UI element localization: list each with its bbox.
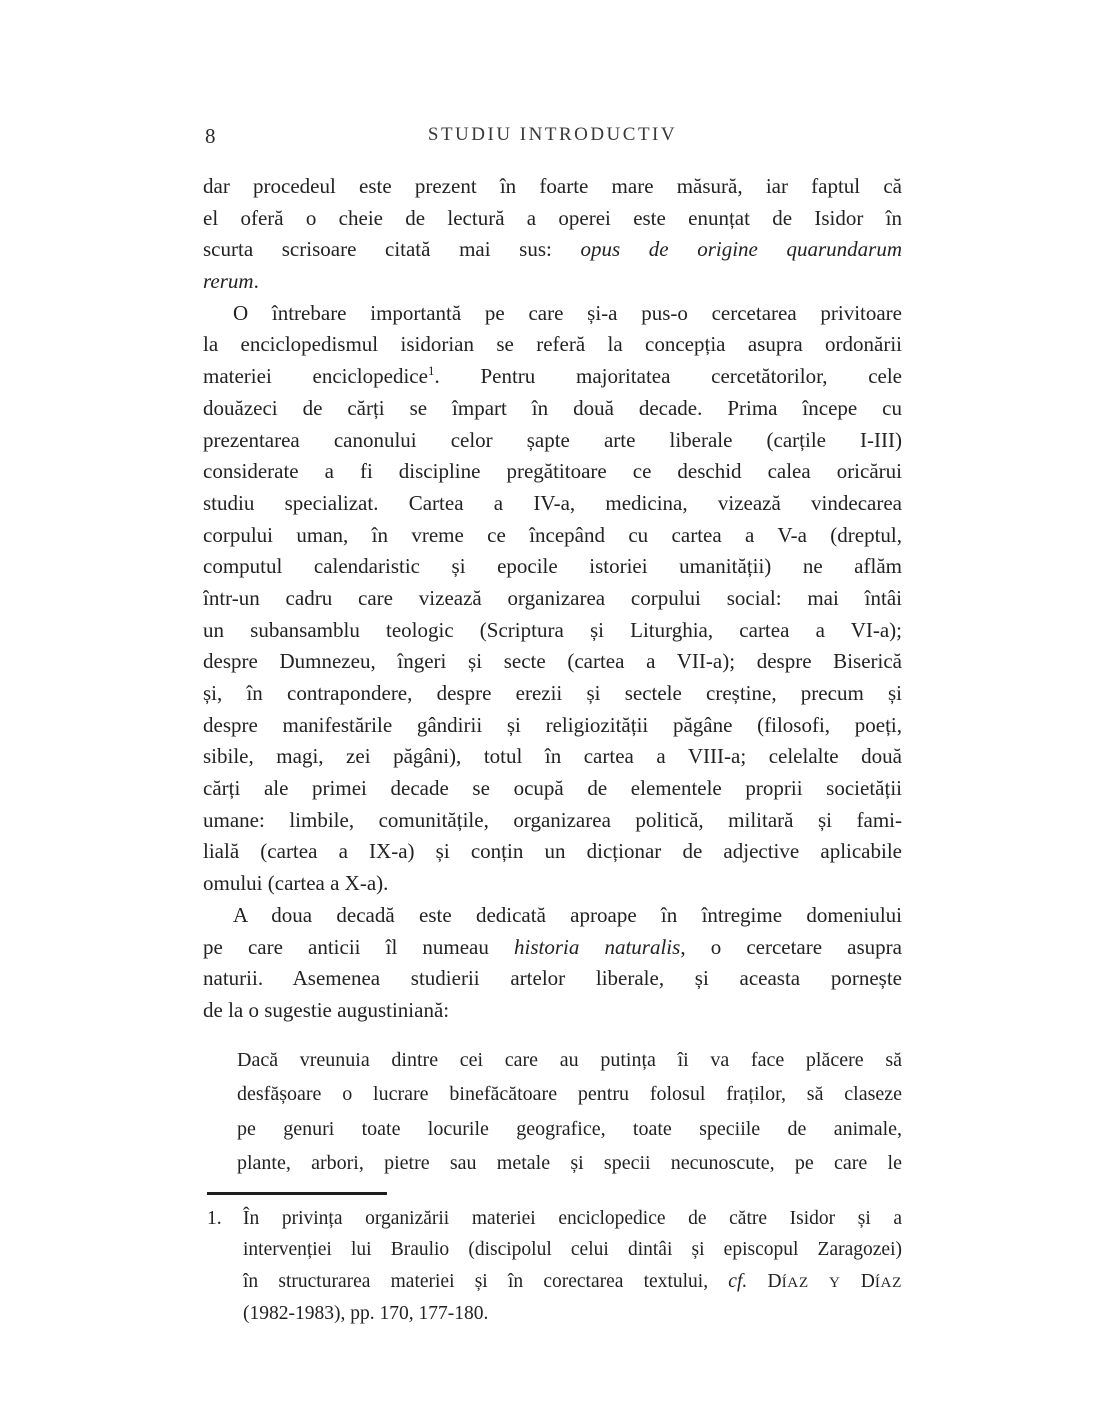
text-line: umane: limbile, comunitățile, organizare…	[203, 805, 902, 837]
text-line: rerum.	[203, 266, 902, 298]
paragraph: O întrebare importantă pe care și-a pus-…	[203, 298, 902, 900]
text-line: considerate a fi discipline pregătitoare…	[203, 456, 902, 488]
text-line: cărți ale primei decade se ocupă de elem…	[203, 773, 902, 805]
text-line: În privința organizării materiei enciclo…	[243, 1203, 902, 1235]
text-line: despre Dumnezeu, îngeri și secte (cartea…	[203, 646, 902, 678]
text-line: omului (cartea a X-a).	[203, 868, 902, 900]
running-head: STUDIU INTRODUCTIV	[203, 124, 902, 146]
text-line: la enciclopedismul isidorian se referă l…	[203, 329, 902, 361]
paragraph: A doua decadă este dedicată aproape în î…	[203, 900, 902, 1027]
text-line: desfășoare o lucrare binefăcătoare pentr…	[237, 1077, 902, 1112]
body-text: dar procedeul este prezent în foarte mar…	[203, 171, 902, 1027]
text-line: douăzeci de cărți se împart în două deca…	[203, 393, 902, 425]
text-line: computul calendaristic și epocile istori…	[203, 551, 902, 583]
text-line: el oferă o cheie de lectură a operei est…	[203, 203, 902, 235]
text-line: studiu specializat. Cartea a IV-a, medic…	[203, 488, 902, 520]
footnote-text: În privința organizării materiei enciclo…	[243, 1203, 902, 1330]
quote-block: Dacă vreunuia dintre cei care au putința…	[237, 1043, 902, 1181]
text-line: sibile, magi, zei păgâni), totul în cart…	[203, 741, 902, 773]
text-line: plante, arbori, pietre sau metale și spe…	[237, 1146, 902, 1181]
text-line: scurta scrisoare citată mai sus: opus de…	[203, 234, 902, 266]
page-number: 8	[205, 124, 216, 149]
running-header: 8 STUDIU INTRODUCTIV	[203, 124, 902, 152]
text-line: materiei enciclopedice1. Pentru majorita…	[203, 361, 902, 393]
paragraph: dar procedeul este prezent în foarte mar…	[203, 171, 902, 298]
text-line: un subansamblu teologic (Scriptura și Li…	[203, 615, 902, 647]
text-line: pe care anticii îl numeau historia natur…	[203, 932, 902, 964]
text-line: de la o sugestie augustiniană:	[203, 995, 902, 1027]
text-line: despre manifestările gândirii și religio…	[203, 710, 902, 742]
text-line: și, în contrapondere, despre erezii și s…	[203, 678, 902, 710]
text-line: A doua decadă este dedicată aproape în î…	[203, 900, 902, 932]
text-line: intervenției lui Braulio (discipolul cel…	[243, 1234, 902, 1266]
text-line: prezentarea canonului celor șapte arte l…	[203, 425, 902, 457]
book-page: 8 STUDIU INTRODUCTIV dar procedeul este …	[0, 0, 1100, 1422]
footnote-number: 1.	[203, 1203, 243, 1330]
text-line: lială (cartea a IX-a) și conțin un dicți…	[203, 836, 902, 868]
footnote: 1. În privința organizării materiei enci…	[203, 1203, 902, 1330]
text-line: în structurarea materiei și în corectare…	[243, 1266, 902, 1298]
text-line: pe genuri toate locurile geografice, toa…	[237, 1112, 902, 1147]
text-line: corpului uman, în vreme ce începând cu c…	[203, 520, 902, 552]
text-line: într-un cadru care vizează organizarea c…	[203, 583, 902, 615]
text-line: O întrebare importantă pe care și-a pus-…	[203, 298, 902, 330]
text-line: Dacă vreunuia dintre cei care au putința…	[237, 1043, 902, 1078]
text-line: dar procedeul este prezent în foarte mar…	[203, 171, 902, 203]
page-content: dar procedeul este prezent în foarte mar…	[203, 171, 902, 1329]
text-line: naturii. Asemenea studierii artelor libe…	[203, 963, 902, 995]
footnote-separator	[207, 1192, 387, 1195]
text-line: (1982-1983), pp. 170, 177-180.	[243, 1298, 902, 1330]
